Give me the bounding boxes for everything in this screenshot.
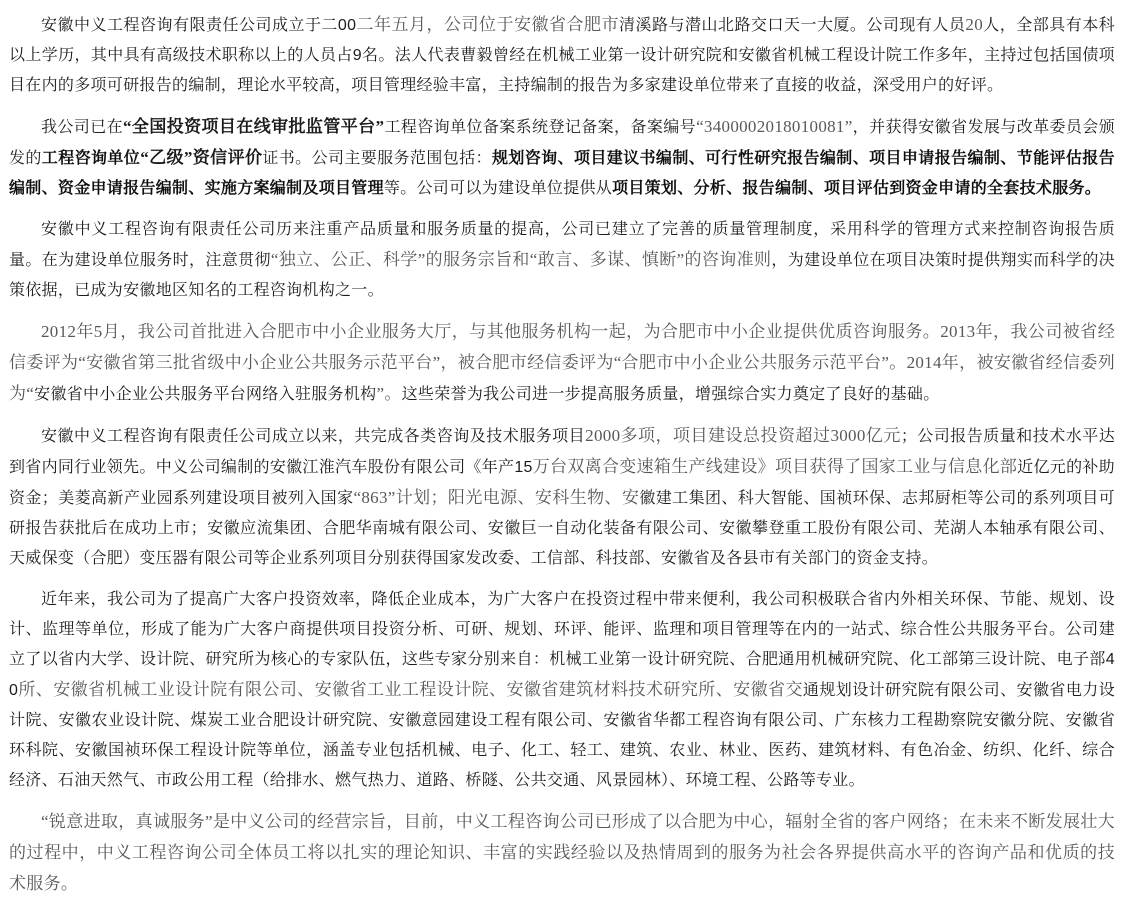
text-run: ”。 [376, 384, 401, 403]
text-run: 万台双离合变速箱生产线建设》项目获得了国家工业与信息化部 [533, 457, 1017, 476]
text-run: “乙级”资信评价 [140, 148, 262, 167]
text-run: 2000多项，项目建设总投资超过3000亿元 [585, 426, 901, 445]
text-run: 所、安徽省机械工业设计院有限公司、安徽省工业工程设计院、安徽省建筑材料技术研究所… [18, 680, 803, 699]
text-run: 清溪路与潜山北路交口天一大厦。公司现有人员 [619, 17, 965, 34]
text-run: “全国投资项目在线审批监管平台” [123, 117, 384, 136]
paragraph: 我公司已在“全国投资项目在线审批监管平台”工程咨询单位备案系统登记备案，备案编号… [9, 112, 1115, 204]
text-run: “锐意进取，真诚服务”是中义公司的经营宗旨，目前，中义工程咨询公司已形成了以合肥… [9, 812, 1115, 893]
paragraph: 安徽中义工程咨询有限责任公司成立以来，共完成各类咨询及技术服务项目2000多项，… [9, 421, 1115, 574]
text-run: 安徽中义工程咨询有限责任公司成立以来，共完成各类咨询及技术服务项目 [41, 428, 585, 445]
text-run: 安徽省中小企业公共服务平台网络入驻服务机构 [34, 386, 376, 403]
text-run: 工程咨询单位 [42, 150, 140, 167]
document-page: 安徽中义工程咨询有限责任公司成立于二00二年五月，公司位于安徽省合肥市清溪路与潜… [9, 10, 1115, 900]
text-run: 这些荣誉为我公司进一步提高服务质量，增强综合实力奠定了良好的基础。 [402, 386, 940, 403]
text-run: 证书。公司主要服务范围包括： [262, 150, 492, 167]
text-run: “独立、公正、科学”的服务宗旨和“敢言、多谋、慎断”的咨询准则 [271, 250, 772, 269]
text-run: “3400002018010081” [696, 117, 853, 136]
text-run: 我公司已在 [41, 119, 123, 136]
paragraph: 近年来，我公司为了提高广大客户投资效率，降低企业成本，为广大客户在投资过程中带来… [9, 585, 1115, 796]
document-body: 安徽中义工程咨询有限责任公司成立于二00二年五月，公司位于安徽省合肥市清溪路与潜… [9, 10, 1115, 900]
paragraph: 安徽中义工程咨询有限责任公司成立于二00二年五月，公司位于安徽省合肥市清溪路与潜… [9, 10, 1115, 101]
paragraph: 安徽中义工程咨询有限责任公司历来注重产品质量和服务质量的提高，公司已建立了完善的… [9, 215, 1115, 306]
text-run: 20 [965, 15, 983, 34]
text-run: 项目策划、分析、报告编制、项目评估到资金申请的全套技术服务。 [612, 180, 1101, 197]
text-run: 二年五月，公司位于安徽省合肥市 [356, 15, 619, 34]
paragraph: 2012年5月，我公司首批进入合肥市中小企业服务大厅，与其他服务机构一起，为合肥… [9, 317, 1115, 410]
paragraph: “锐意进取，真诚服务”是中义公司的经营宗旨，目前，中义工程咨询公司已形成了以合肥… [9, 807, 1115, 900]
text-run: 等。公司可以为建设单位提供从 [384, 180, 612, 197]
text-run: “863”计划；阳光电源、安科生物、安 [354, 488, 640, 507]
text-run: 安徽中义工程咨询有限责任公司成立于二00 [41, 17, 356, 34]
text-run: 工程咨询单位备案系统登记备案，备案编号 [384, 119, 696, 136]
